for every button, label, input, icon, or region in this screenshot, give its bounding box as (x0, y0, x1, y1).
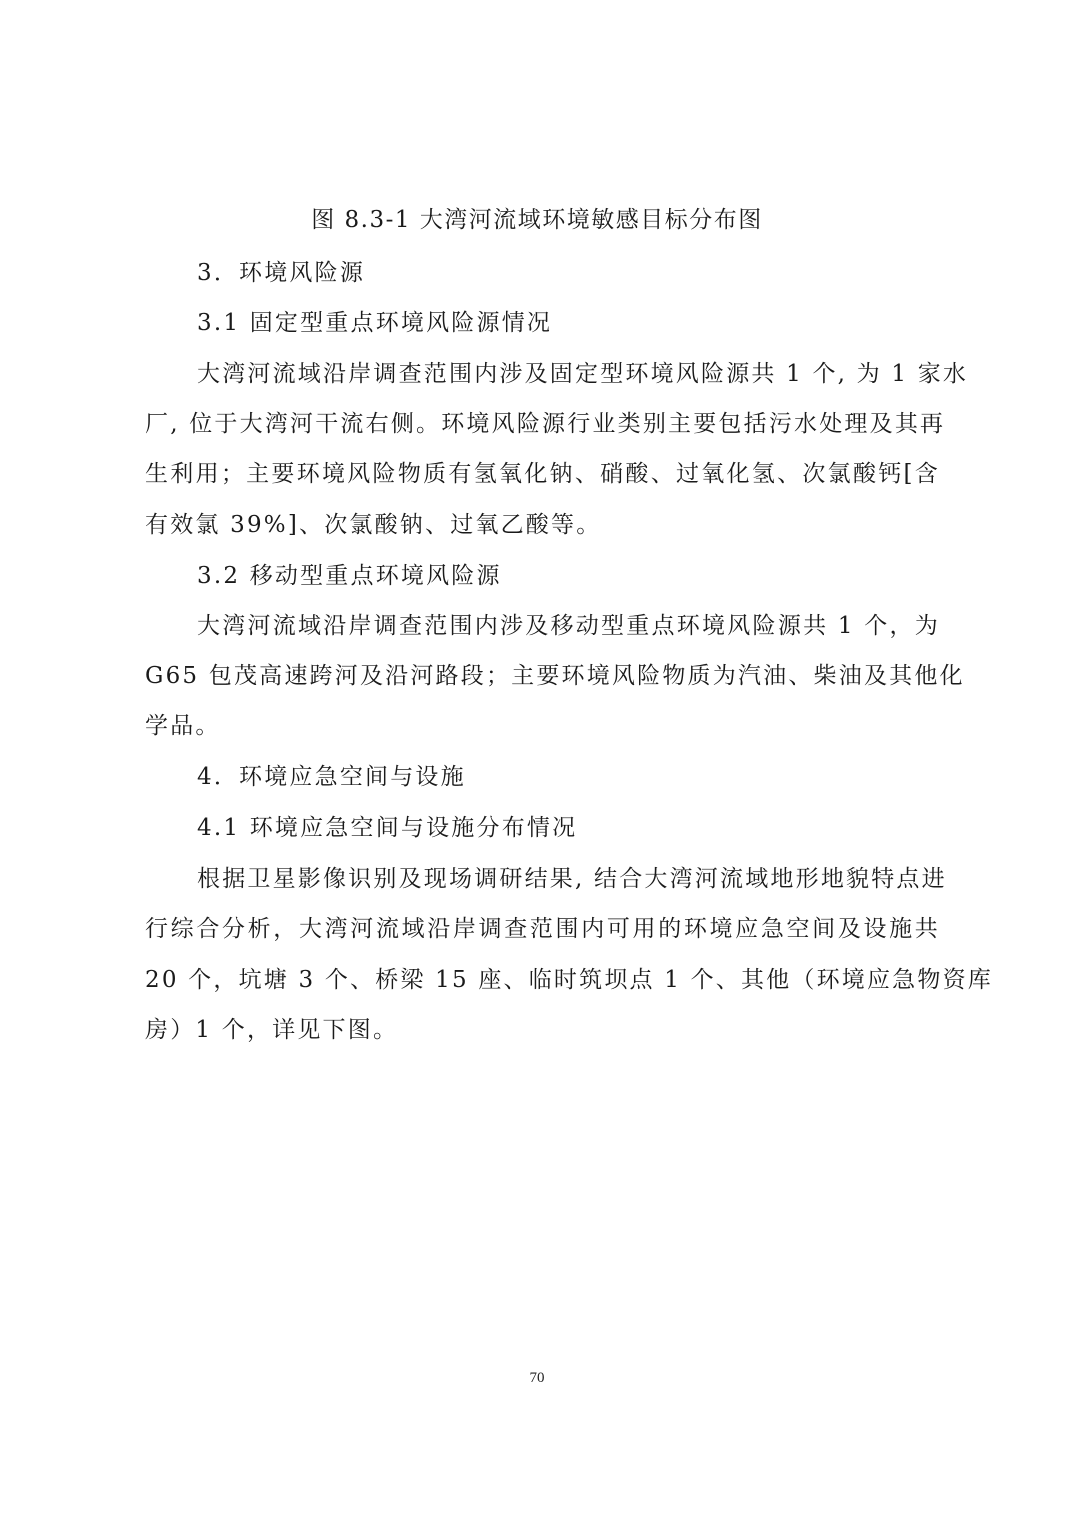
paragraph-line: 学品。 (145, 711, 940, 741)
figure-caption: 图 8.3-1 大湾河流域环境敏感目标分布图 (0, 205, 1074, 235)
section-heading-3-1: 3.1 固定型重点环境风险源情况 (197, 308, 552, 338)
section-heading-3: 3．环境风险源 (197, 258, 365, 288)
paragraph-line: 厂, 位于大湾河干流右侧。环境风险源行业类别主要包括污水处理及其再 (145, 409, 940, 439)
document-page: 图 8.3-1 大湾河流域环境敏感目标分布图 3．环境风险源 3.1 固定型重点… (0, 0, 1074, 1520)
section-heading-3-2: 3.2 移动型重点环境风险源 (197, 561, 502, 591)
paragraph-line: 房）1 个，详见下图。 (145, 1015, 940, 1045)
paragraph-line: 有效氯 39%]、次氯酸钠、过氧乙酸等。 (145, 510, 940, 540)
paragraph-line: 大湾河流域沿岸调查范围内涉及固定型环境风险源共 1 个, 为 1 家水 (197, 359, 940, 389)
section-heading-4: 4．环境应急空间与设施 (197, 762, 466, 792)
paragraph-line: 生利用；主要环境风险物质有氢氧化钠、硝酸、过氧化氢、次氯酸钙[含 (145, 459, 940, 489)
paragraph-line: 根据卫星影像识别及现场调研结果, 结合大湾河流域地形地貌特点进 (197, 864, 940, 894)
paragraph-line: 20 个，坑塘 3 个、桥梁 15 座、临时筑坝点 1 个、其他（环境应急物资库 (145, 965, 940, 995)
paragraph-line: 行综合分析，大湾河流域沿岸调查范围内可用的环境应急空间及设施共 (145, 914, 940, 944)
paragraph-line: G65 包茂高速跨河及沿河路段；主要环境风险物质为汽油、柴油及其他化 (145, 661, 940, 691)
section-heading-4-1: 4.1 环境应急空间与设施分布情况 (197, 813, 577, 843)
page-number: 70 (0, 1370, 1074, 1387)
paragraph-line: 大湾河流域沿岸调查范围内涉及移动型重点环境风险源共 1 个，为 (197, 611, 940, 641)
